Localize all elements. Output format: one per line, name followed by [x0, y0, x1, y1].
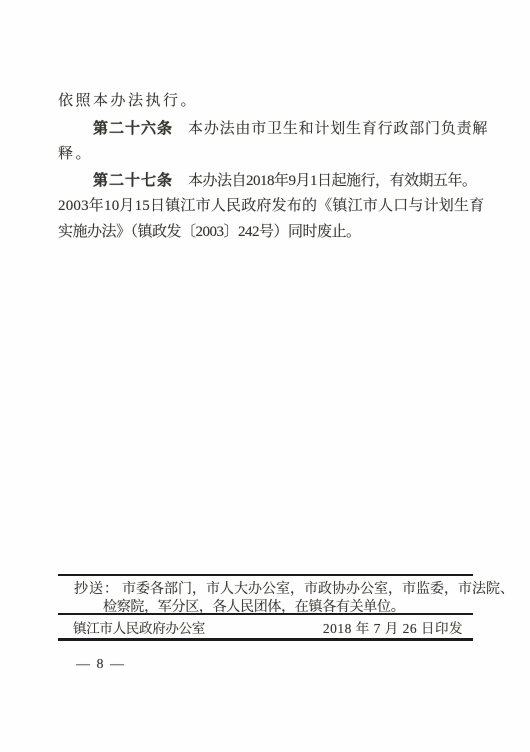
page-number: — 8 — [76, 657, 126, 673]
article-27-line-3: 实施办法》（镇政发〔2003〕242号）同时废止。 [58, 224, 361, 241]
article-27-line: 第二十七条本办法自2018年9月1日起施行，有效期五年。 [93, 172, 477, 190]
article-27-line-2: 2003年10月15日镇江市人民政府发布的《镇江市人口与计划生育 [58, 198, 484, 215]
footer-rule-top [58, 574, 473, 576]
article-27-heading: 第二十七条 [93, 172, 173, 189]
print-date: 2018 年 7 月 26 日印发 [323, 621, 463, 637]
article-26-continuation: 释。 [58, 146, 93, 163]
article-26-line: 第二十六条本办法由市卫生和计划生育行政部门负责解 [93, 120, 488, 138]
document-page: 依照本办法执行。 第二十六条本办法由市卫生和计划生育行政部门负责解 释。 第二十… [0, 0, 530, 752]
article-26-heading: 第二十六条 [93, 120, 173, 137]
footer-rule-middle [58, 613, 473, 615]
article-27-text: 本办法自2018年9月1日起施行，有效期五年。 [188, 173, 477, 189]
body-continuation-line: 依照本办法执行。 [58, 93, 198, 110]
footer-rule-bottom [58, 638, 473, 641]
cc-list-line-1: 市委各部门，市人大办公室，市政协办公室，市监委，市法院、 [122, 582, 514, 598]
cc-label: 抄送： [74, 582, 119, 598]
issuing-office: 镇江市人民政府办公室 [73, 621, 205, 637]
article-26-text: 本办法由市卫生和计划生育行政部门负责解 [188, 121, 488, 137]
